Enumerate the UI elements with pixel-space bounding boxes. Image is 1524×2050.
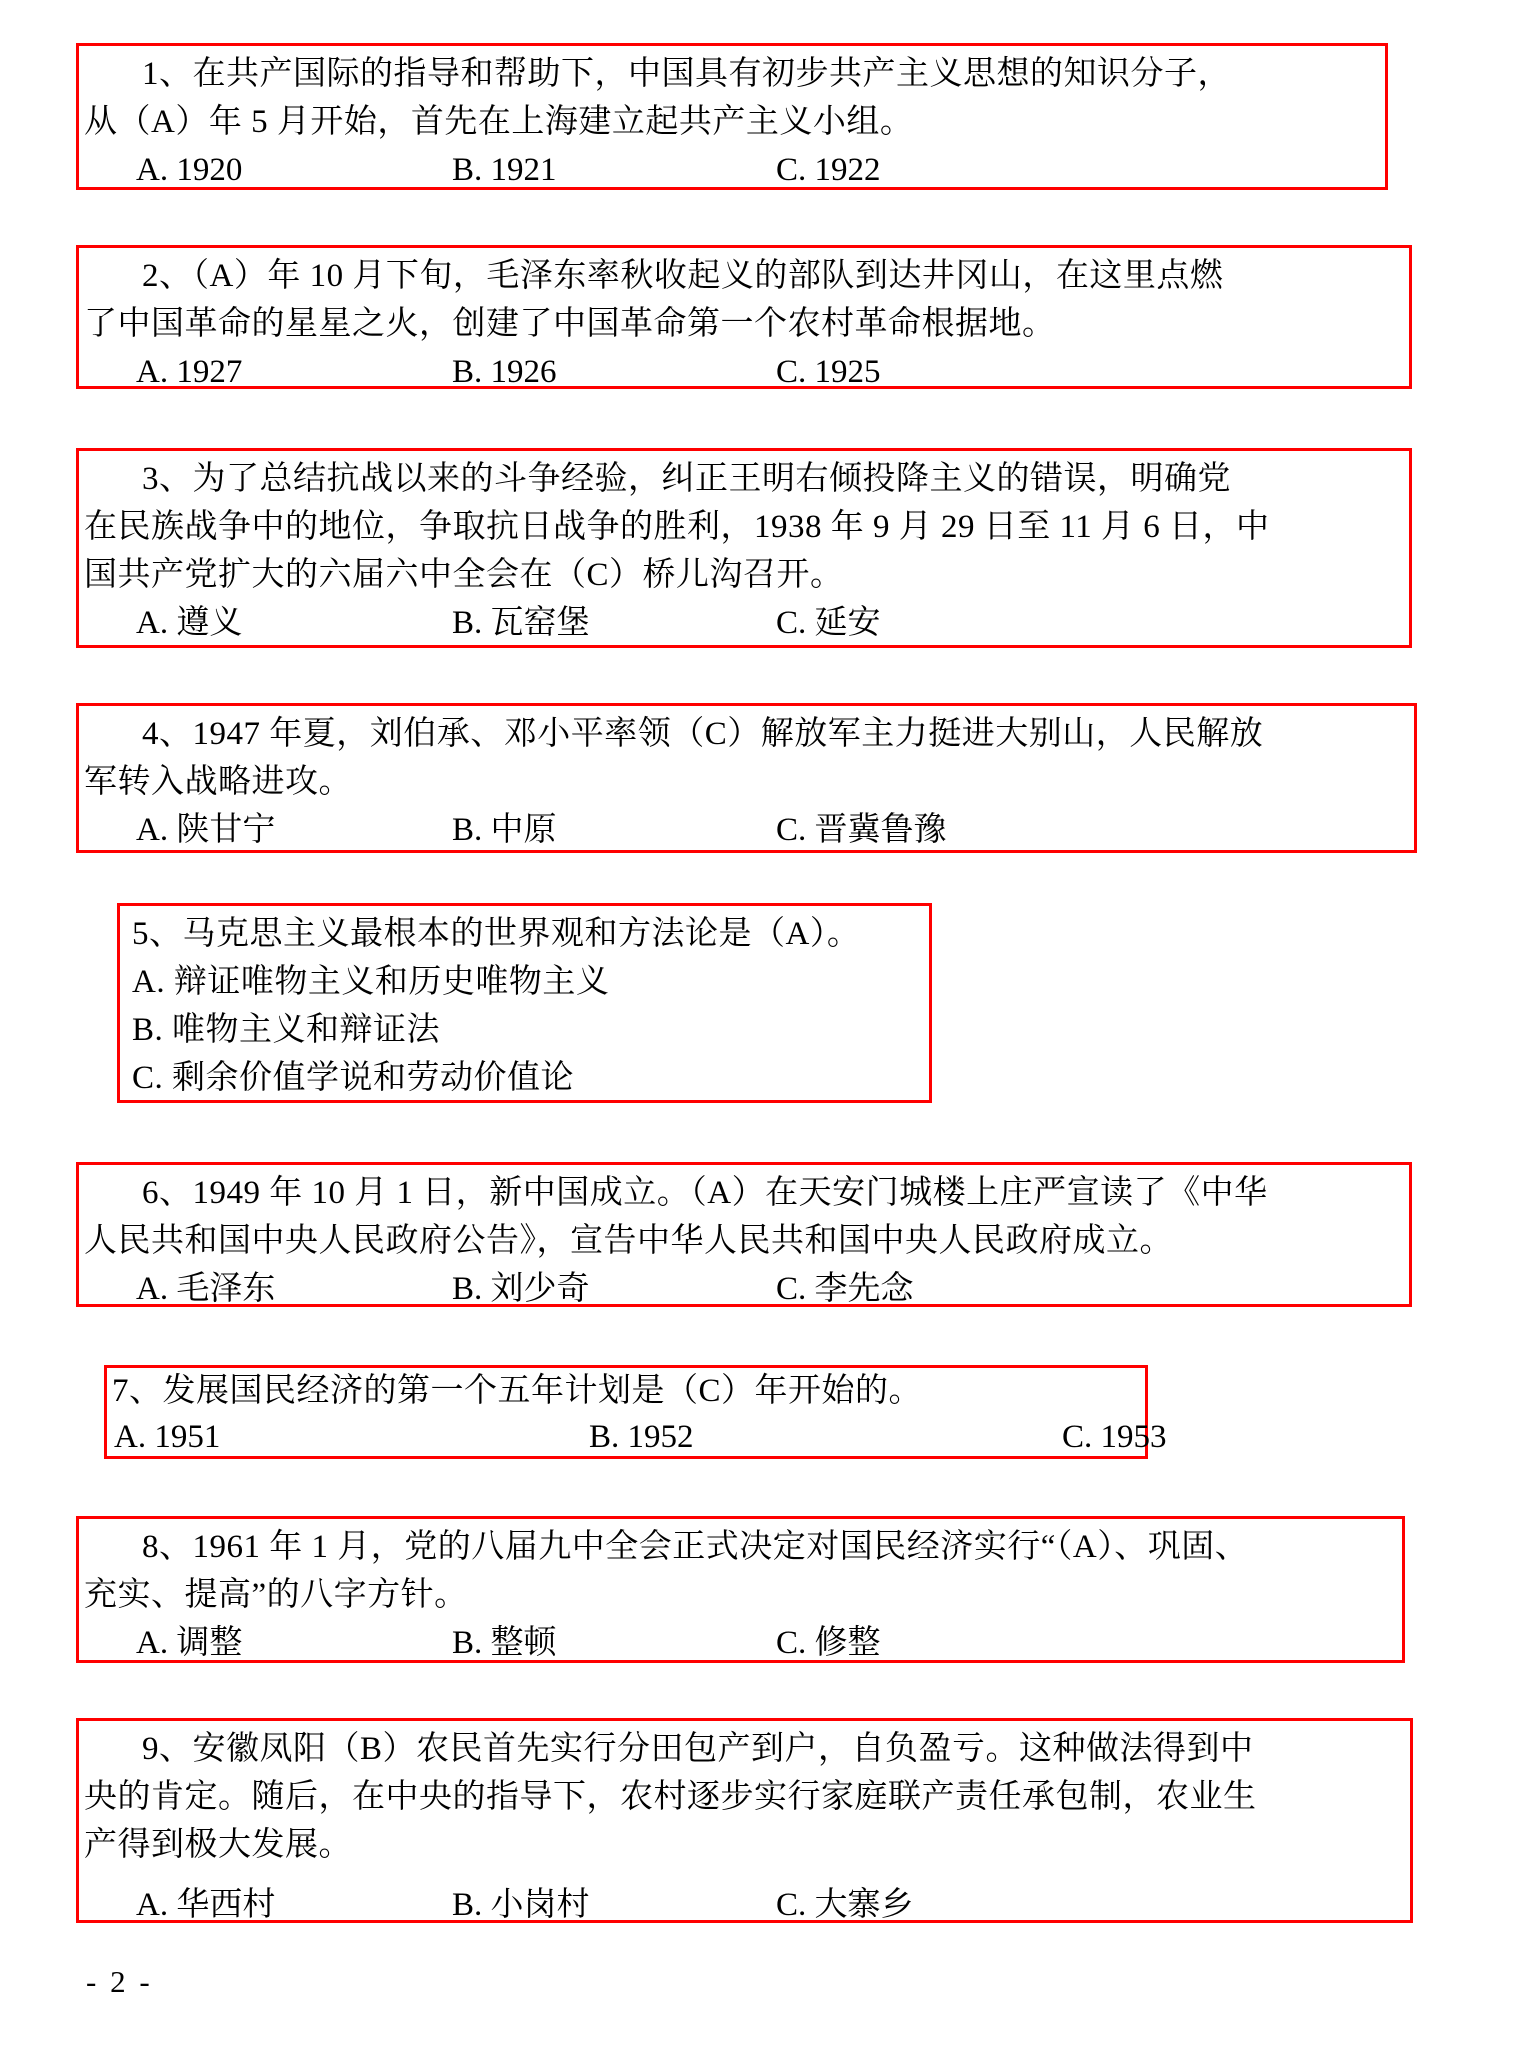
question-9-box: 9、安徽凤阳（B）农民首先实行分田包产到户，自负盈亏。这种做法得到中 央的肯定。… (76, 1718, 1413, 1923)
question-7-option-b: B. 1952 (589, 1414, 694, 1460)
question-1-option-c: C. 1922 (776, 146, 881, 194)
question-8-box: 8、1961 年 1 月，党的八届九中全会正式决定对国民经济实行“（A）、巩固、… (76, 1516, 1405, 1663)
question-5-option-c: C. 剩余价值学说和劳动价值论 (132, 1054, 923, 1102)
question-9-option-b: B. 小岗村 (452, 1881, 590, 1929)
question-6-option-c: C. 李先念 (776, 1265, 914, 1313)
question-3-box: 3、为了总结抗战以来的斗争经验，纠正王明右倾投降主义的错误，明确党 在民族战争中… (76, 448, 1412, 648)
question-3-line-2: 在民族战争中的地位，争取抗日战争的胜利，1938 年 9 月 29 日至 11 … (84, 503, 1403, 551)
question-4-option-b: B. 中原 (452, 806, 557, 854)
question-7-box: 7、发展国民经济的第一个五年计划是（C）年开始的。 A. 1951 B. 195… (104, 1365, 1148, 1459)
question-3-line-3: 国共产党扩大的六届六中全会在（C）桥儿沟召开。 (84, 551, 1403, 599)
page-number: - 2 - (86, 1964, 153, 2000)
question-1-options-row: A. 1920 B. 1921 C. 1922 (84, 146, 1379, 194)
question-9-line-2: 央的肯定。随后，在中央的指导下，农村逐步实行家庭联产责任承包制，农业生 (84, 1773, 1404, 1821)
question-9-option-a: A. 华西村 (136, 1881, 275, 1929)
question-5-option-b: B. 唯物主义和辩证法 (132, 1006, 923, 1054)
question-5-box: 5、马克思主义最根本的世界观和方法论是（A）。 A. 辩证唯物主义和历史唯物主义… (117, 903, 932, 1103)
question-8-option-b: B. 整顿 (452, 1619, 557, 1667)
question-9-line-1: 9、安徽凤阳（B）农民首先实行分田包产到户，自负盈亏。这种做法得到中 (84, 1725, 1404, 1773)
question-1-line-1: 1、在共产国际的指导和帮助下，中国具有初步共产主义思想的知识分子， (84, 50, 1379, 98)
question-4-options-row: A. 陕甘宁 B. 中原 C. 晋冀鲁豫 (84, 806, 1408, 854)
question-1-box: 1、在共产国际的指导和帮助下，中国具有初步共产主义思想的知识分子， 从（A）年 … (76, 43, 1388, 190)
question-3-option-c: C. 延安 (776, 599, 881, 647)
question-6-line-1: 6、1949 年 10 月 1 日，新中国成立。（A）在天安门城楼上庄严宣读了《… (84, 1169, 1403, 1217)
question-1-option-a: A. 1920 (136, 146, 242, 194)
question-8-option-c: C. 修整 (776, 1619, 881, 1667)
question-2-option-b: B. 1926 (452, 348, 557, 396)
question-6-line-2: 人民共和国中央人民政府公告》，宣告中华人民共和国中央人民政府成立。 (84, 1217, 1403, 1265)
question-2-line-1: 2、（A）年 10 月下旬，毛泽东率秋收起义的部队到达井冈山，在这里点燃 (84, 252, 1403, 300)
question-2-line-2: 了中国革命的星星之火，创建了中国革命第一个农村革命根据地。 (84, 300, 1403, 348)
question-4-line-1: 4、1947 年夏，刘伯承、邓小平率领（C）解放军主力挺进大别山，人民解放 (84, 710, 1408, 758)
question-7-options-row: A. 1951 B. 1952 C. 1953 (112, 1414, 1139, 1460)
question-2-option-c: C. 1925 (776, 348, 881, 396)
question-6-option-b: B. 刘少奇 (452, 1265, 590, 1313)
question-4-line-2: 军转入战略进攻。 (84, 758, 1408, 806)
question-7-option-a: A. 1951 (114, 1414, 220, 1460)
question-3-option-b: B. 瓦窑堡 (452, 599, 590, 647)
question-6-options-row: A. 毛泽东 B. 刘少奇 C. 李先念 (84, 1265, 1403, 1313)
question-2-option-a: A. 1927 (136, 348, 242, 396)
question-1-line-2: 从（A）年 5 月开始，首先在上海建立起共产主义小组。 (84, 98, 1379, 146)
question-9-option-c: C. 大寨乡 (776, 1881, 914, 1929)
question-9-line-3: 产得到极大发展。 (84, 1821, 1404, 1869)
question-2-options-row: A. 1927 B. 1926 C. 1925 (84, 348, 1403, 396)
question-3-option-a: A. 遵义 (136, 599, 242, 647)
question-6-option-a: A. 毛泽东 (136, 1265, 275, 1313)
question-8-options-row: A. 调整 B. 整顿 C. 修整 (84, 1619, 1396, 1667)
question-4-option-c: C. 晋冀鲁豫 (776, 806, 947, 854)
question-5-option-a: A. 辩证唯物主义和历史唯物主义 (132, 958, 923, 1006)
question-5-line-1: 5、马克思主义最根本的世界观和方法论是（A）。 (132, 910, 923, 958)
question-4-box: 4、1947 年夏，刘伯承、邓小平率领（C）解放军主力挺进大别山，人民解放 军转… (76, 703, 1417, 853)
question-7-option-c: C. 1953 (1062, 1414, 1167, 1460)
question-8-line-1: 8、1961 年 1 月，党的八届九中全会正式决定对国民经济实行“（A）、巩固、 (84, 1523, 1396, 1571)
question-1-option-b: B. 1921 (452, 146, 557, 194)
question-8-option-a: A. 调整 (136, 1619, 242, 1667)
question-6-box: 6、1949 年 10 月 1 日，新中国成立。（A）在天安门城楼上庄严宣读了《… (76, 1162, 1412, 1307)
question-7-line-1: 7、发展国民经济的第一个五年计划是（C）年开始的。 (112, 1368, 1139, 1414)
question-4-option-a: A. 陕甘宁 (136, 806, 275, 854)
question-3-line-1: 3、为了总结抗战以来的斗争经验，纠正王明右倾投降主义的错误，明确党 (84, 455, 1403, 503)
question-9-options-row: A. 华西村 B. 小岗村 C. 大寨乡 (84, 1881, 1404, 1929)
question-2-box: 2、（A）年 10 月下旬，毛泽东率秋收起义的部队到达井冈山，在这里点燃 了中国… (76, 245, 1412, 389)
question-3-options-row: A. 遵义 B. 瓦窑堡 C. 延安 (84, 599, 1403, 647)
question-8-line-2: 充实、提高”的八字方针。 (84, 1571, 1396, 1619)
